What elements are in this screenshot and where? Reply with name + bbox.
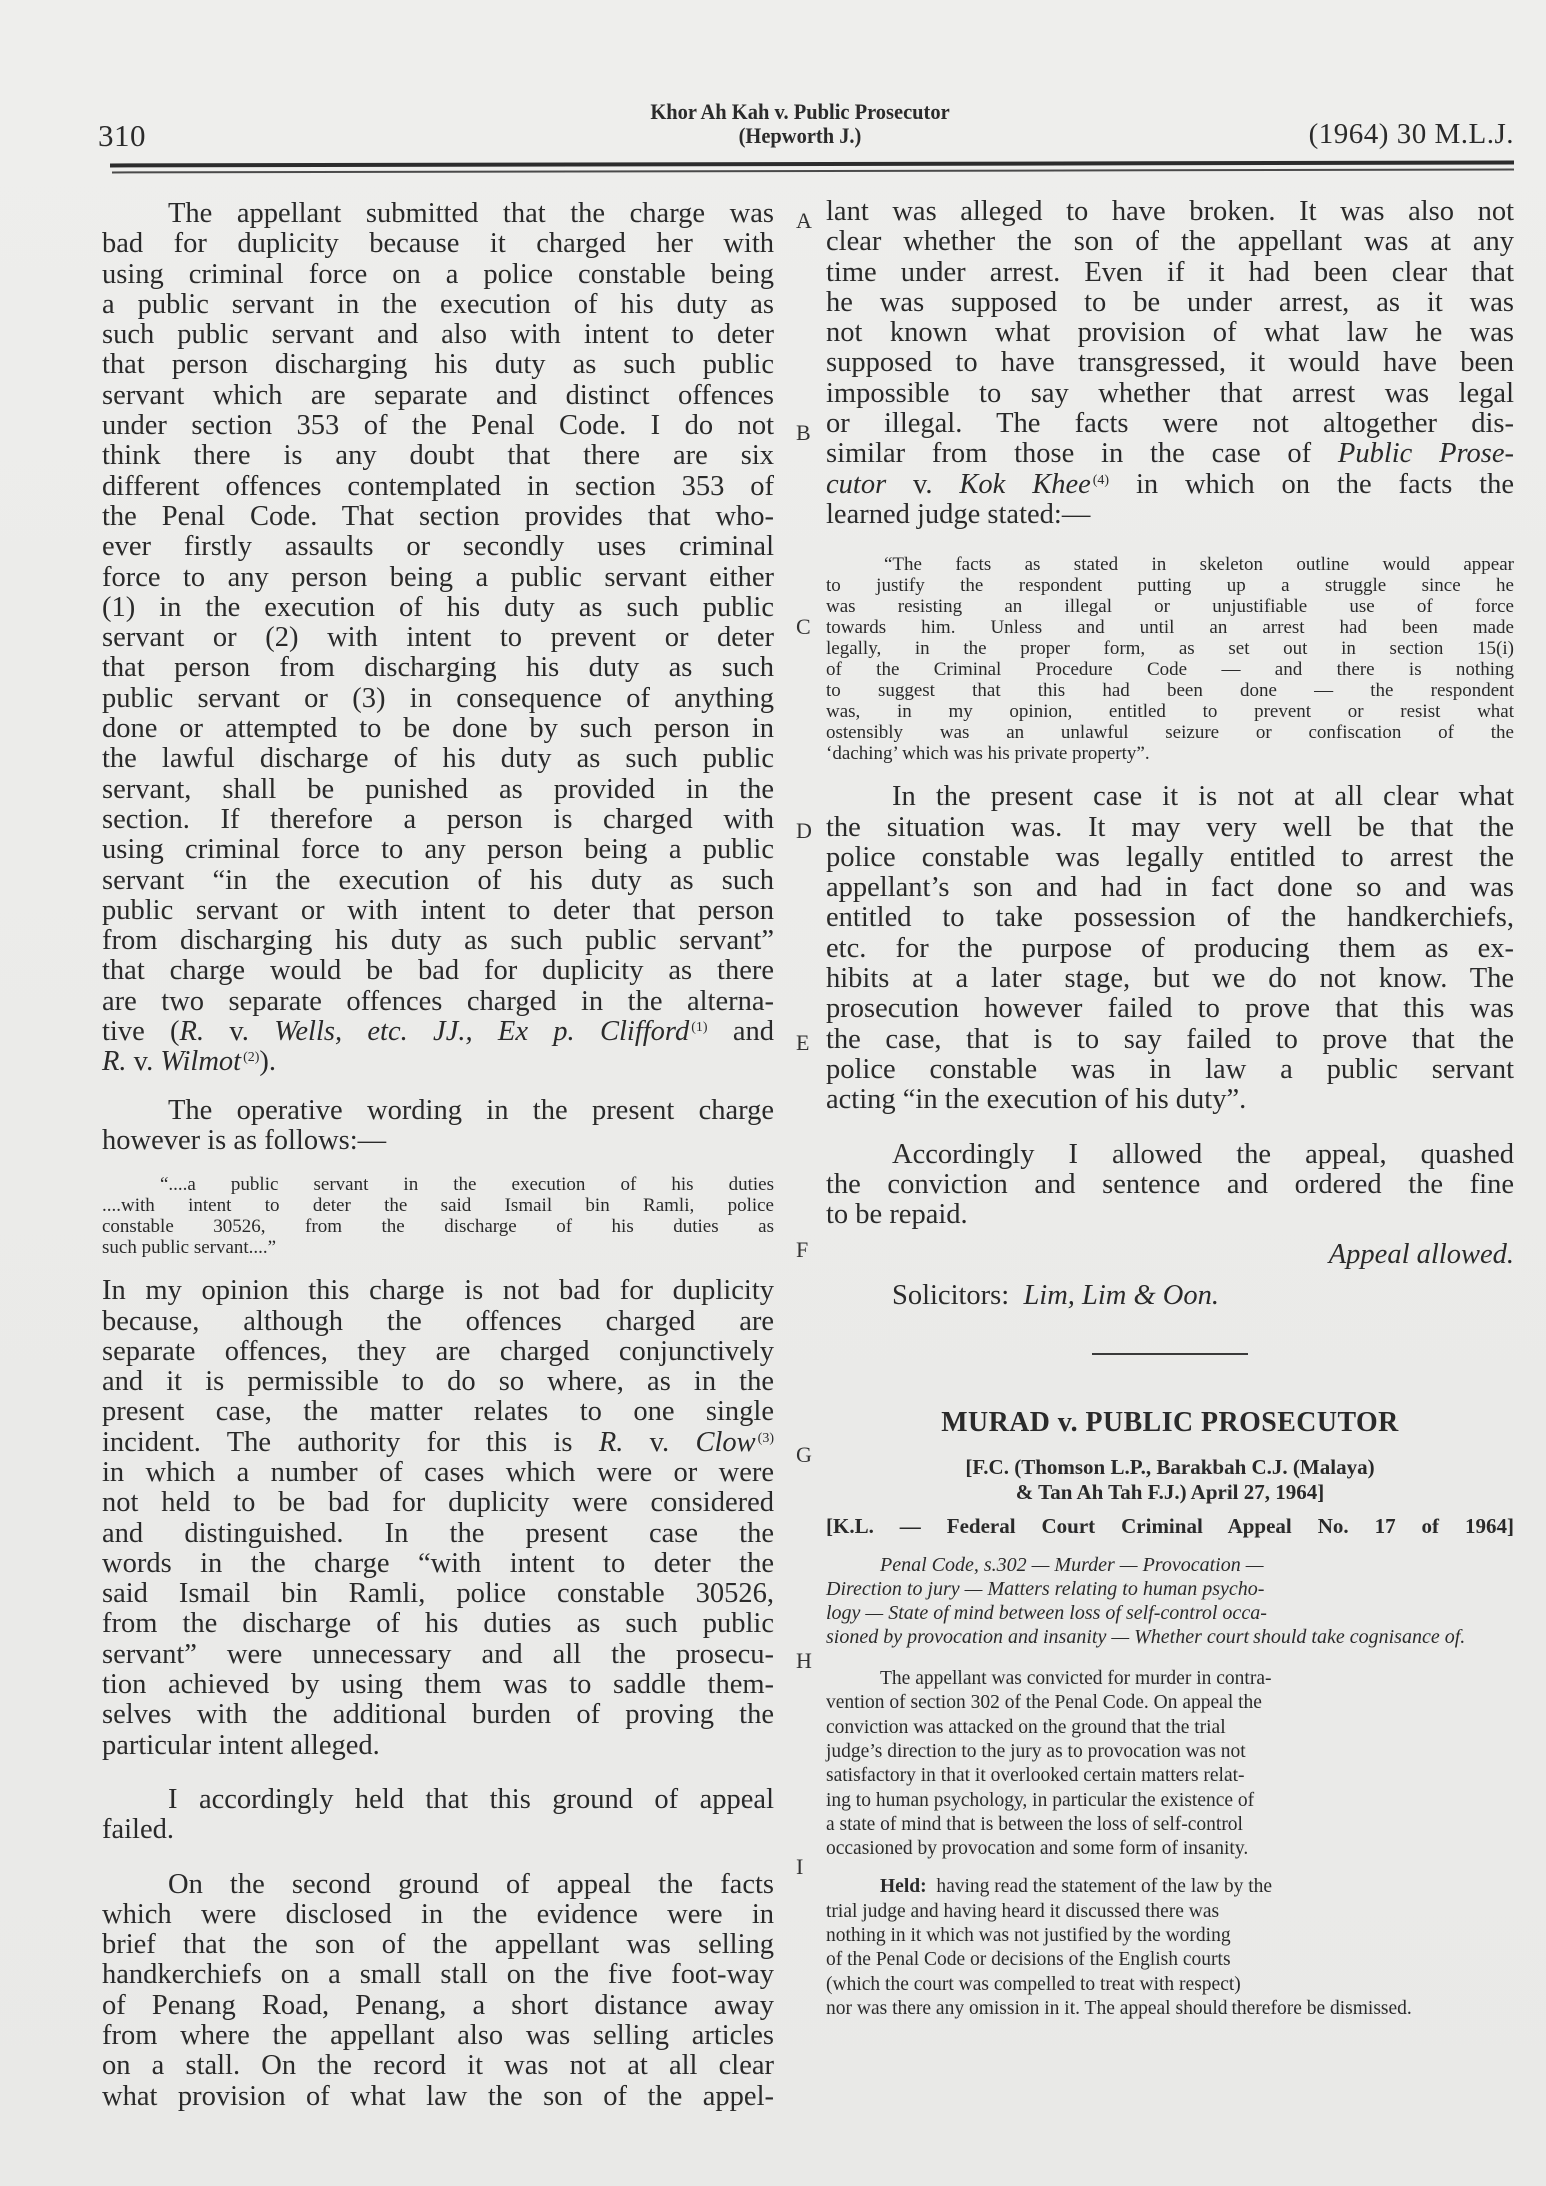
paragraph-operative-wording: The operative wording in the present cha… xyxy=(102,1096,774,1157)
quote-line: ostensibly was an unlawful seizure or co… xyxy=(826,722,1514,743)
case-citation-line: R. v. Wilmot(2)). xyxy=(102,1047,774,1077)
header-rule-thick xyxy=(110,161,1514,168)
case-name-wells: Wells, etc. JJ., Ex p. Clifford xyxy=(274,1016,689,1047)
text-line: the lawful discharge of his duty as such… xyxy=(102,744,774,774)
case-title: MURAD v. PUBLIC PROSECUTOR xyxy=(840,1405,1500,1439)
text-line: appellant’s son and had in fact done so … xyxy=(826,873,1514,903)
text-line: present case, the matter relates to one … xyxy=(102,1397,774,1427)
text-line: hibits at a later stage, but we do not k… xyxy=(826,964,1514,994)
text-line: separate offences, they are charged conj… xyxy=(102,1337,774,1367)
text-line: different offences contemplated in secti… xyxy=(102,472,774,502)
text-line: and it is permissible to do so where, as… xyxy=(102,1367,774,1397)
quote-line: to suggest that this had been done — the… xyxy=(826,680,1514,701)
text-line: entitled to take possession of the handk… xyxy=(826,903,1514,933)
block-quote-charge: “....a public servant in the execution o… xyxy=(102,1174,774,1258)
text-line: and distinguished. In the present case t… xyxy=(102,1519,774,1549)
appeal-reference: [K.L. — Federal Court Criminal Appeal No… xyxy=(826,1513,1514,1539)
text-line: In the present case it is not at all cle… xyxy=(826,782,1514,812)
solicitors-value: Lim, Lim & Oon. xyxy=(1023,1280,1219,1311)
block-quote-kok-khee: “The facts as stated in skeleton outline… xyxy=(826,554,1514,764)
text-line: that charge would be bad for duplicity a… xyxy=(102,956,774,986)
text-line: public servant or (3) in consequence of … xyxy=(102,684,774,714)
quote-line: ....with intent to deter the said Ismail… xyxy=(102,1195,774,1216)
text-line: acting “in the execution of his duty”. xyxy=(826,1085,1514,1115)
quote-line: ‘daching’ which was his private property… xyxy=(826,743,1514,764)
text-line: ever firstly assaults or secondly uses c… xyxy=(102,532,774,562)
headword-line: Direction to jury — Matters relating to … xyxy=(826,1578,1264,1600)
text-line: particular intent alleged. xyxy=(102,1731,774,1761)
text-line: he was supposed to be under arrest, as i… xyxy=(826,288,1514,318)
text-line: brief that the son of the appellant was … xyxy=(102,1930,774,1960)
margin-letter-b: B xyxy=(796,420,811,446)
quote-line: “The facts as stated in skeleton outline… xyxy=(826,554,1514,575)
text-line: police constable was in law a public ser… xyxy=(826,1055,1514,1085)
margin-letter-h: H xyxy=(796,1648,812,1674)
held-line: trial judge and having heard it discusse… xyxy=(826,1901,1219,1922)
case-name-clow: Clow xyxy=(695,1427,755,1458)
case-name-wilmot: Wilmot xyxy=(160,1046,241,1077)
case-citation-line: incident. The authority for this is R. v… xyxy=(102,1428,774,1458)
held-label: Held: xyxy=(880,1876,927,1897)
text-line: are two separate offences charged in the… xyxy=(102,987,774,1017)
paragraph-opinion: In my opinion this charge is not bad for… xyxy=(102,1276,774,1761)
headwords: Penal Code, s.302 — Murder — Provocation… xyxy=(826,1553,1514,1649)
text-line: supposed to have transgressed, it would … xyxy=(826,348,1514,378)
margin-letter-e: E xyxy=(796,1030,809,1056)
paragraph-second-ground: On the second ground of appeal the facts… xyxy=(102,1870,774,2112)
text-line: servant, shall be punished as provided i… xyxy=(102,775,774,805)
text-line: the situation was. It may very well be t… xyxy=(826,813,1514,843)
footnote-ref: (4) xyxy=(1093,473,1109,488)
text-line: from discharging his duty as such public… xyxy=(102,926,774,956)
text-line: not known what provision of what law he … xyxy=(826,318,1514,348)
text-line: the conviction and sentence and ordered … xyxy=(826,1170,1514,1200)
text-line: section. If therefore a person is charge… xyxy=(102,805,774,835)
text-line: which were disclosed in the evidence wer… xyxy=(102,1900,774,1930)
summary-line: The appellant was convicted for murder i… xyxy=(826,1668,1271,1689)
running-title-case: Khor Ah Kah v. Public Prosecutor xyxy=(540,100,1061,124)
text-line: The appellant submitted that the charge … xyxy=(102,199,774,229)
headword-line: logy — State of mind between loss of sel… xyxy=(826,1602,1267,1624)
text-line: from where the appellant also was sellin… xyxy=(102,2021,774,2051)
footnote-ref: (3) xyxy=(758,1431,774,1446)
solicitors-line: Solicitors: Lim, Lim & Oon. xyxy=(826,1281,1514,1311)
paragraph-ground-failed: I accordingly held that this ground of a… xyxy=(102,1785,774,1846)
case-name-kok-khee: Kok Khee xyxy=(959,469,1090,500)
case-citation-line: similar from those in the case of Public… xyxy=(826,439,1514,469)
text-line: (1) in the execution of his duty as such… xyxy=(102,593,774,623)
text-line: failed. xyxy=(102,1815,774,1845)
margin-letter-f: F xyxy=(796,1237,808,1263)
text-line: under section 353 of the Penal Code. I d… xyxy=(102,411,774,441)
quote-line: was resisting an illegal or unjustifiabl… xyxy=(826,596,1514,617)
text-line: In my opinion this charge is not bad for… xyxy=(102,1276,774,1306)
text-line: lant was alleged to have broken. It was … xyxy=(826,197,1514,227)
text-line: using criminal force on a police constab… xyxy=(102,260,774,290)
margin-letter-i: I xyxy=(796,1854,803,1880)
footnote-ref: (2) xyxy=(243,1050,259,1065)
quote-line: constable 30526, from the discharge of h… xyxy=(102,1216,774,1237)
margin-letter-a: A xyxy=(796,208,812,234)
text-line: Accordingly I allowed the appeal, quashe… xyxy=(826,1140,1514,1170)
text-line: police constable was legally entitled to… xyxy=(826,843,1514,873)
journal-citation: (1964) 30 M.L.J. xyxy=(1309,118,1514,151)
summary-line: satisfactory in that it overlooked certa… xyxy=(826,1765,1245,1786)
document-page: 310 Khor Ah Kah v. Public Prosecutor (He… xyxy=(0,0,1546,2186)
text-line: however is as follows:— xyxy=(102,1126,774,1156)
footnote-ref: (1) xyxy=(691,1020,707,1035)
quote-line: legally, in the proper form, as set out … xyxy=(826,638,1514,659)
margin-letter-c: C xyxy=(796,614,811,640)
running-title-judge: (Hepworth J.) xyxy=(540,124,1061,148)
held-line: nor was there any omission in it. The ap… xyxy=(826,1998,1227,2019)
text-line: force to any person being a public serva… xyxy=(102,563,774,593)
text-line: bad for duplicity because it charged her… xyxy=(102,229,774,259)
margin-letter-d: D xyxy=(796,818,812,844)
headword-line: should take cognisance of. xyxy=(1253,1626,1465,1648)
paragraph-arrest-unclear: lant was alleged to have broken. It was … xyxy=(826,197,1514,530)
coram-line-2: & Tan Ah Tah F.J.) April 27, 1964] xyxy=(826,1480,1514,1505)
header-rule-thin xyxy=(112,169,1514,173)
text-line: using criminal force to any person being… xyxy=(102,835,774,865)
paragraph-duplicity-submission: The appellant submitted that the charge … xyxy=(102,199,774,1078)
case-name-public-prosecutor: Public Prose- xyxy=(1338,438,1514,469)
text-line: words in the charge “with intent to dete… xyxy=(102,1549,774,1579)
new-case-header: MURAD v. PUBLIC PROSECUTOR [F.C. (Thomso… xyxy=(826,1405,1514,1539)
text-line: in which a number of cases which were or… xyxy=(102,1458,774,1488)
text-line: that person discharging his duty as such… xyxy=(102,350,774,380)
paragraph-appeal-allowed: Accordingly I allowed the appeal, quashe… xyxy=(826,1140,1514,1231)
text-line: a public servant in the execution of his… xyxy=(102,290,774,320)
text-line: impossible to say whether that arrest wa… xyxy=(826,379,1514,409)
page-number: 310 xyxy=(98,118,146,154)
case-held: Held: having read the statement of the l… xyxy=(826,1875,1514,2021)
quote-line: to justify the respondent putting up a s… xyxy=(826,575,1514,596)
left-column: The appellant submitted that the charge … xyxy=(102,199,774,2112)
text-line: clear whether the son of the appellant w… xyxy=(826,227,1514,257)
text-line: selves with the additional burden of pro… xyxy=(102,1700,774,1730)
coram-line-1: [F.C. (Thomson L.P., Barakbah C.J. (Mala… xyxy=(826,1455,1514,1480)
text-line: the Penal Code. That section provides th… xyxy=(102,502,774,532)
summary-line: ing to human psychology, in particular t… xyxy=(826,1790,1254,1811)
solicitors-label: Solicitors: xyxy=(892,1280,1009,1311)
text-line: said Ismail bin Ramli, police constable … xyxy=(102,1579,774,1609)
text-line: because, although the offences charged a… xyxy=(102,1307,774,1337)
text-line: servant “in the execution of his duty as… xyxy=(102,866,774,896)
headword-line: sioned by provocation and insanity — Whe… xyxy=(826,1626,1249,1648)
text-line: servant” were unnecessary and all the pr… xyxy=(102,1640,774,1670)
result-appeal-allowed: Appeal allowed. xyxy=(826,1240,1514,1270)
text-line: The operative wording in the present cha… xyxy=(102,1096,774,1126)
running-title: Khor Ah Kah v. Public Prosecutor (Hepwor… xyxy=(540,100,1061,148)
quote-line: “....a public servant in the execution o… xyxy=(102,1174,774,1195)
summary-line: vention of section 302 of the Penal Code… xyxy=(826,1692,1262,1713)
text-line: of Penang Road, Penang, a short distance… xyxy=(102,1991,774,2021)
text-line: such public servant and also with intent… xyxy=(102,320,774,350)
quote-line: was, in my opinion, entitled to prevent … xyxy=(826,701,1514,722)
text-line: handkerchiefs on a small stall on the fi… xyxy=(102,1960,774,1990)
text-line: time under arrest. Even if it had been c… xyxy=(826,258,1514,288)
paragraph-present-case: In the present case it is not at all cle… xyxy=(826,782,1514,1115)
headword-line: Penal Code, s.302 — Murder — Provocation… xyxy=(826,1554,1264,1576)
case-citation-line: cutor v. Kok Khee(4) in which on the fac… xyxy=(826,470,1514,500)
text-line: etc. for the purpose of producing them a… xyxy=(826,934,1514,964)
summary-line: a state of mind that is between the loss… xyxy=(826,1814,1243,1835)
held-line: therefore be dismissed. xyxy=(1231,1998,1411,2019)
case-citation-line: tive (R. v. Wells, etc. JJ., Ex p. Cliff… xyxy=(102,1017,774,1047)
text-line: done or attempted to be done by such per… xyxy=(102,714,774,744)
quote-line: of the Criminal Procedure Code — and the… xyxy=(826,659,1514,680)
quote-line: towards him. Unless and until an arrest … xyxy=(826,617,1514,638)
summary-line: judge’s direction to the jury as to prov… xyxy=(826,1741,1246,1762)
text-line: public servant or with intent to deter t… xyxy=(102,896,774,926)
case-summary: The appellant was convicted for murder i… xyxy=(826,1667,1514,1861)
margin-letter-g: G xyxy=(796,1442,812,1468)
text-line: not held to be bad for duplicity were co… xyxy=(102,1488,774,1518)
quote-line: such public servant....” xyxy=(102,1237,774,1258)
text-line: from the discharge of his duties as such… xyxy=(102,1609,774,1639)
text-line: to be repaid. xyxy=(826,1200,1514,1230)
text-line: the case, that is to say failed to prove… xyxy=(826,1025,1514,1055)
right-column: lant was alleged to have broken. It was … xyxy=(826,197,1514,2021)
held-line: Held: having read the statement of the l… xyxy=(826,1876,1272,1897)
text-line: or illegal. The facts were not altogethe… xyxy=(826,409,1514,439)
summary-line: conviction was attacked on the ground th… xyxy=(826,1717,1226,1738)
text-line: learned judge stated:— xyxy=(826,500,1514,530)
text-line: servant or (2) with intent to prevent or… xyxy=(102,623,774,653)
text-line: what provision of what law the son of th… xyxy=(102,2082,774,2112)
text-line: tion achieved by using them was to saddl… xyxy=(102,1670,774,1700)
text-line: On the second ground of appeal the facts xyxy=(102,1870,774,1900)
held-line: of the Penal Code or decisions of the En… xyxy=(826,1949,1231,1970)
text-line: prosecution however failed to prove that… xyxy=(826,994,1514,1024)
held-line: nothing in it which was not justified by… xyxy=(826,1925,1231,1946)
summary-line: occasioned by provocation and some form … xyxy=(826,1838,1248,1859)
text-line: servant which are separate and distinct … xyxy=(102,381,774,411)
text-line: think there is any doubt that there are … xyxy=(102,441,774,471)
held-line: (which the court was compelled to treat … xyxy=(826,1974,1241,1995)
text-line: on a stall. On the record it was not at … xyxy=(102,2051,774,2081)
text-line: that person from discharging his duty as… xyxy=(102,653,774,683)
text-line: I accordingly held that this ground of a… xyxy=(102,1785,774,1815)
